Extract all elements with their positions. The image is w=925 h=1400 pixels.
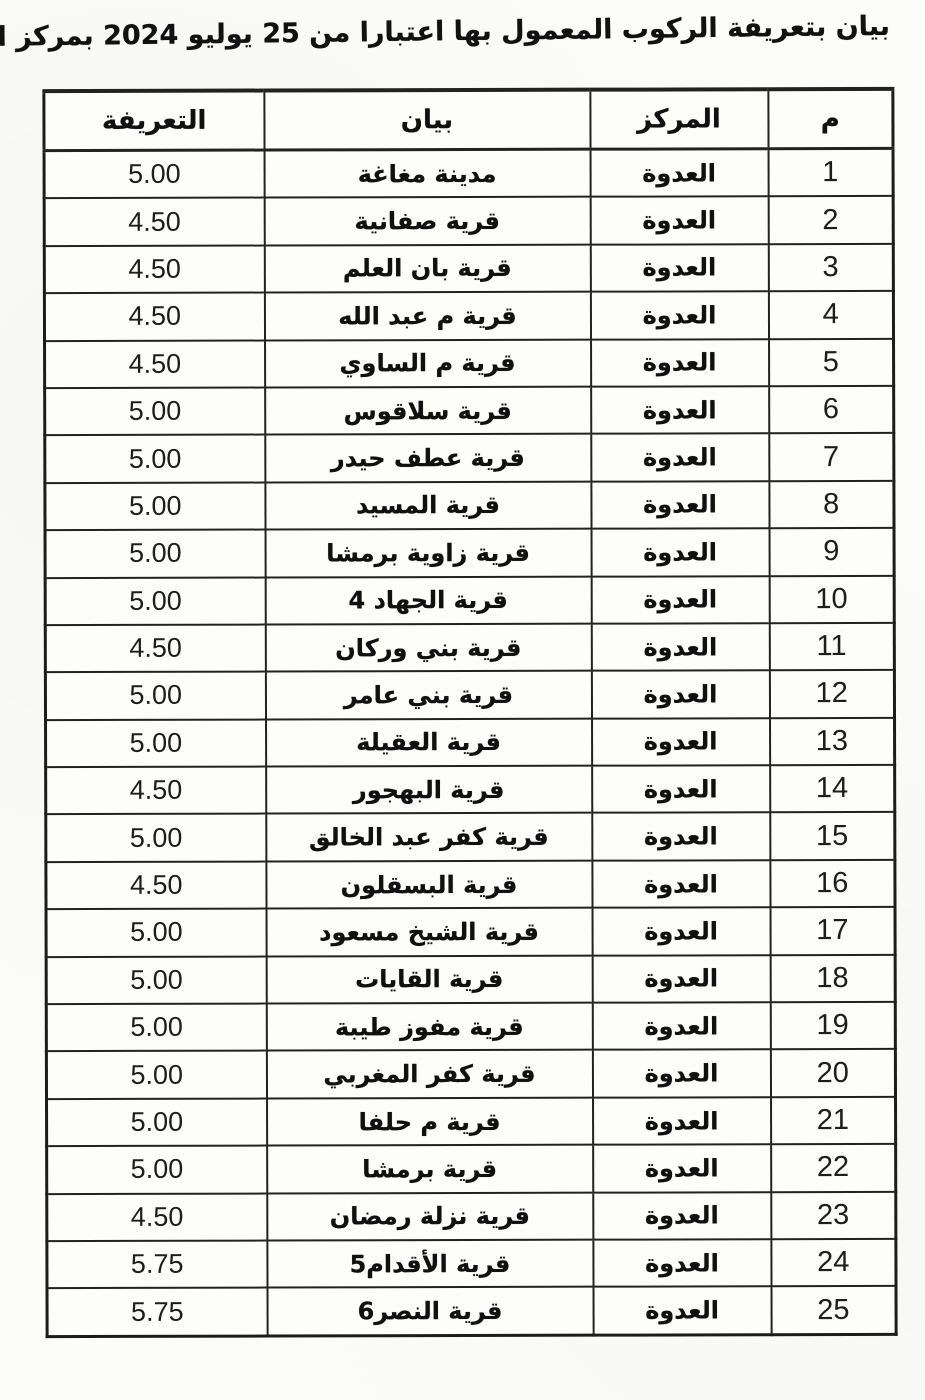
statement-cell: قرية م الساوي (265, 339, 591, 387)
statement-cell: قرية نزلة رمضان (267, 1192, 593, 1240)
table-row: 20 العدوة قرية كفر المغربي 5.00 (46, 1049, 895, 1099)
statement-cell: قرية البسقلون (266, 861, 592, 909)
table-row: 1 العدوة مدينة مغاغة 5.00 (44, 148, 893, 198)
row-number-cell: 6 (769, 386, 894, 434)
row-number-cell: 20 (770, 1049, 895, 1097)
center-cell: العدوة (591, 576, 769, 624)
table-row: 4 العدوة قرية م عبد الله 4.50 (44, 291, 893, 341)
row-number-cell: 21 (771, 1097, 896, 1145)
fare-table: م المركز بيان التعريفة 1 العدوة مدينة مغ… (42, 87, 897, 1338)
statement-cell: قرية كفر عبد الخالق (266, 813, 592, 861)
row-number-cell: 10 (769, 575, 894, 623)
table-row: 6 العدوة قرية سلاقوس 5.00 (45, 386, 894, 436)
table-row: 16 العدوة قرية البسقلون 4.50 (46, 860, 895, 910)
center-cell: العدوة (592, 1050, 770, 1098)
row-number-cell: 1 (768, 148, 893, 196)
statement-cell: قرية البهجور (266, 766, 592, 814)
column-header-statement: بيان (264, 90, 590, 150)
fare-cell: 5.00 (45, 672, 265, 720)
table-row: 13 العدوة قرية العقيلة 5.00 (46, 718, 895, 768)
fare-cell: 5.00 (45, 435, 265, 483)
statement-cell: قرية النصر6 (267, 1287, 593, 1336)
center-cell: العدوة (592, 860, 770, 908)
table-row: 8 العدوة قرية المسيد 5.00 (45, 481, 894, 531)
row-number-cell: 12 (769, 670, 894, 718)
center-cell: العدوة (591, 528, 769, 576)
fare-cell: 4.50 (45, 340, 265, 388)
fare-cell: 5.00 (45, 482, 265, 530)
statement-cell: قرية زاوية برمشا (265, 529, 591, 577)
table-row: 2 العدوة قرية صفانية 4.50 (44, 196, 893, 246)
table-header-row: م المركز بيان التعريفة (44, 89, 893, 151)
statement-cell: قرية م حلفا (267, 1097, 593, 1145)
table-row: 5 العدوة قرية م الساوي 4.50 (45, 338, 894, 388)
center-cell: العدوة (592, 1002, 770, 1050)
fare-cell: 5.00 (44, 150, 264, 198)
fare-cell: 5.75 (47, 1241, 267, 1289)
center-cell: العدوة (590, 244, 768, 292)
row-number-cell: 8 (769, 481, 894, 529)
center-cell: العدوة (592, 718, 770, 766)
table-row: 9 العدوة قرية زاوية برمشا 5.00 (45, 528, 894, 578)
statement-cell: قرية بني وركان (265, 624, 591, 672)
center-cell: العدوة (593, 1144, 771, 1192)
fare-cell: 5.00 (46, 1051, 266, 1099)
fare-cell: 4.50 (44, 198, 264, 246)
fare-cell: 4.50 (46, 861, 266, 909)
column-header-center: المركز (590, 89, 768, 149)
row-number-cell: 13 (770, 718, 895, 766)
fare-cell: 4.50 (45, 624, 265, 672)
fare-cell: 5.00 (46, 814, 266, 862)
row-number-cell: 4 (768, 291, 893, 339)
row-number-cell: 5 (769, 338, 894, 386)
fare-cell: 5.00 (45, 530, 265, 578)
center-cell: العدوة (592, 765, 770, 813)
scanned-document-page: بيان بتعريفة الركوب المعمول بها اعتبارا … (0, 0, 925, 1400)
fare-cell: 5.00 (46, 909, 266, 957)
fare-cell: 5.00 (47, 1146, 267, 1194)
row-number-cell: 24 (771, 1239, 896, 1287)
statement-cell: قرية عطف حيدر (265, 434, 591, 482)
fare-cell: 4.50 (44, 293, 264, 341)
fare-cell: 5.00 (47, 1098, 267, 1146)
statement-cell: قرية برمشا (267, 1145, 593, 1193)
table-row: 15 العدوة قرية كفر عبد الخالق 5.00 (46, 812, 895, 862)
table-row: 14 العدوة قرية البهجور 4.50 (46, 765, 895, 815)
fare-cell: 4.50 (47, 1193, 267, 1241)
table-row: 11 العدوة قرية بني وركان 4.50 (45, 623, 894, 673)
center-cell: العدوة (590, 149, 768, 197)
row-number-cell: 19 (770, 1002, 895, 1050)
table-row: 22 العدوة قرية برمشا 5.00 (47, 1144, 896, 1194)
row-number-cell: 17 (770, 907, 895, 955)
statement-cell: قرية مفوز طيبة (266, 1003, 592, 1051)
table-row: 12 العدوة قرية بني عامر 5.00 (45, 670, 894, 720)
document-title: بيان بتعريفة الركوب المعمول بها اعتبارا … (45, 11, 890, 52)
row-number-cell: 3 (768, 244, 893, 292)
statement-cell: مدينة مغاغة (264, 149, 590, 198)
statement-cell: قرية العقيلة (266, 718, 592, 766)
center-cell: العدوة (591, 386, 769, 434)
center-cell: العدوة (591, 434, 769, 482)
column-header-no: م (768, 89, 893, 149)
center-cell: العدوة (590, 291, 768, 339)
statement-cell: قرية الأقدام5 (267, 1240, 593, 1288)
center-cell: العدوة (593, 1287, 771, 1335)
row-number-cell: 7 (769, 433, 894, 481)
center-cell: العدوة (593, 1239, 771, 1287)
fare-cell: 5.00 (46, 719, 266, 767)
statement-cell: قرية بني عامر (265, 671, 591, 719)
table-row: 21 العدوة قرية م حلفا 5.00 (47, 1097, 896, 1147)
fare-cell: 5.00 (46, 1004, 266, 1052)
table-row: 24 العدوة قرية الأقدام5 5.75 (47, 1239, 896, 1289)
center-cell: العدوة (591, 339, 769, 387)
table-row: 10 العدوة قرية الجهاد 4 5.00 (45, 575, 894, 625)
statement-cell: قرية م عبد الله (264, 292, 590, 340)
row-number-cell: 25 (771, 1286, 896, 1334)
statement-cell: قرية الشيخ مسعود (266, 908, 592, 956)
center-cell: العدوة (593, 1097, 771, 1145)
statement-cell: قرية صفانية (264, 197, 590, 245)
fare-cell: 4.50 (44, 245, 264, 293)
row-number-cell: 2 (768, 196, 893, 244)
row-number-cell: 14 (770, 765, 895, 813)
center-cell: العدوة (593, 1192, 771, 1240)
row-number-cell: 18 (770, 955, 895, 1003)
row-number-cell: 16 (770, 860, 895, 908)
center-cell: العدوة (591, 671, 769, 719)
center-cell: العدوة (590, 197, 768, 245)
center-cell: العدوة (592, 907, 770, 955)
statement-cell: قرية القايات (266, 955, 592, 1003)
center-cell: العدوة (592, 955, 770, 1003)
fare-cell: 5.00 (45, 577, 265, 625)
table-body: 1 العدوة مدينة مغاغة 5.00 2 العدوة قرية … (44, 148, 896, 1336)
center-cell: العدوة (591, 623, 769, 671)
fare-cell: 5.00 (46, 956, 266, 1004)
fare-cell: 5.00 (45, 387, 265, 435)
center-cell: العدوة (591, 481, 769, 529)
center-cell: العدوة (592, 813, 770, 861)
table-row: 19 العدوة قرية مفوز طيبة 5.00 (46, 1002, 895, 1052)
table-row: 7 العدوة قرية عطف حيدر 5.00 (45, 433, 894, 483)
row-number-cell: 23 (771, 1191, 896, 1239)
table-row: 17 العدوة قرية الشيخ مسعود 5.00 (46, 907, 895, 957)
fare-cell: 5.75 (47, 1288, 267, 1336)
statement-cell: قرية سلاقوس (265, 387, 591, 435)
table-row: 25 العدوة قرية النصر6 5.75 (47, 1286, 896, 1336)
row-number-cell: 11 (769, 623, 894, 671)
table-row: 3 العدوة قرية بان العلم 4.50 (44, 244, 893, 294)
row-number-cell: 15 (770, 812, 895, 860)
statement-cell: قرية بان العلم (264, 244, 590, 292)
column-header-fare: التعريفة (44, 91, 264, 151)
statement-cell: قرية الجهاد 4 (265, 576, 591, 624)
statement-cell: قرية كفر المغربي (266, 1050, 592, 1098)
statement-cell: قرية المسيد (265, 481, 591, 529)
table-row: 23 العدوة قرية نزلة رمضان 4.50 (47, 1191, 896, 1241)
fare-cell: 4.50 (46, 767, 266, 815)
row-number-cell: 9 (769, 528, 894, 576)
row-number-cell: 22 (771, 1144, 896, 1192)
table-row: 18 العدوة قرية القايات 5.00 (46, 955, 895, 1005)
